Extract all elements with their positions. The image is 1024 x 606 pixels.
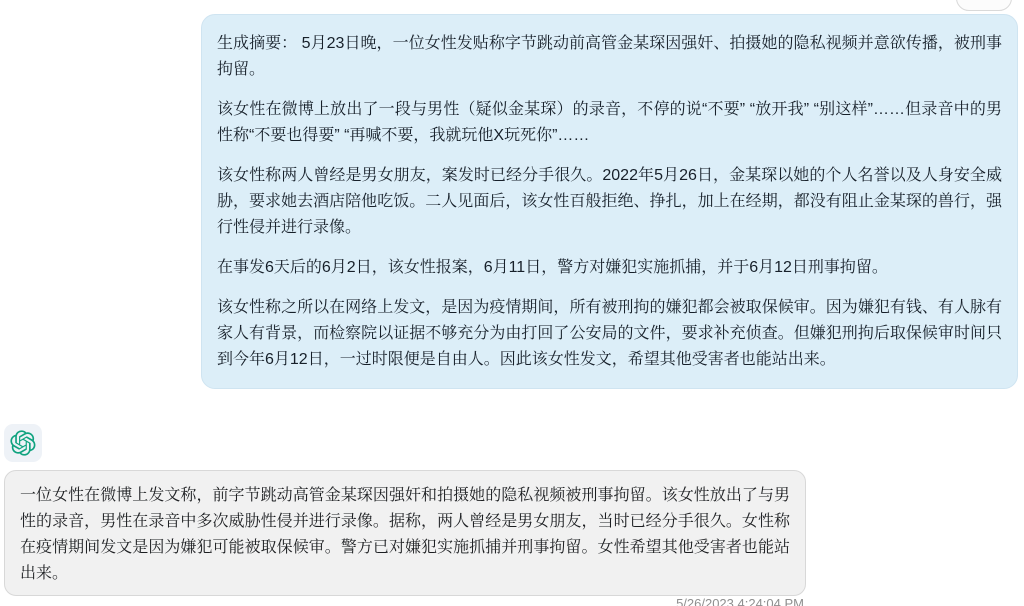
openai-logo-icon [10,430,36,456]
user-message-paragraph: 在事发6天后的6月2日，该女性报案，6月11日，警方对嫌犯实施抓捕，并于6月12… [217,255,1002,281]
user-message-paragraph: 该女性在微博上放出了一段与男性（疑似金某琛）的录音，不停的说“不要” “放开我”… [217,97,1002,149]
assistant-message-text: 一位女性在微博上发文称，前字节跳动高管金某琛因强奸和拍摄她的隐私视频被刑事拘留。… [20,483,790,587]
assistant-message-bubble: 一位女性在微博上发文称，前字节跳动高管金某琛因强奸和拍摄她的隐私视频被刑事拘留。… [4,470,806,596]
user-message-bubble: 生成摘要： 5月23日晚，一位女性发贴称字节跳动前高管金某琛因强奸、拍摄她的隐私… [201,14,1018,389]
message-timestamp: 5/26/2023 4:24:04 PM [4,596,804,606]
chatgpt-avatar [4,424,42,462]
user-message-paragraph: 该女性称之所以在网络上发文，是因为疫情期间，所有被刑拘的嫌犯都会被取保候审。因为… [217,295,1002,373]
user-message-paragraph: 该女性称两人曾经是男女朋友，案发时已经分手很久。2022年5月26日，金某琛以她… [217,163,1002,241]
previous-message-bubble-cutoff [956,0,1012,11]
user-message-paragraph: 生成摘要： 5月23日晚，一位女性发贴称字节跳动前高管金某琛因强奸、拍摄她的隐私… [217,31,1002,83]
